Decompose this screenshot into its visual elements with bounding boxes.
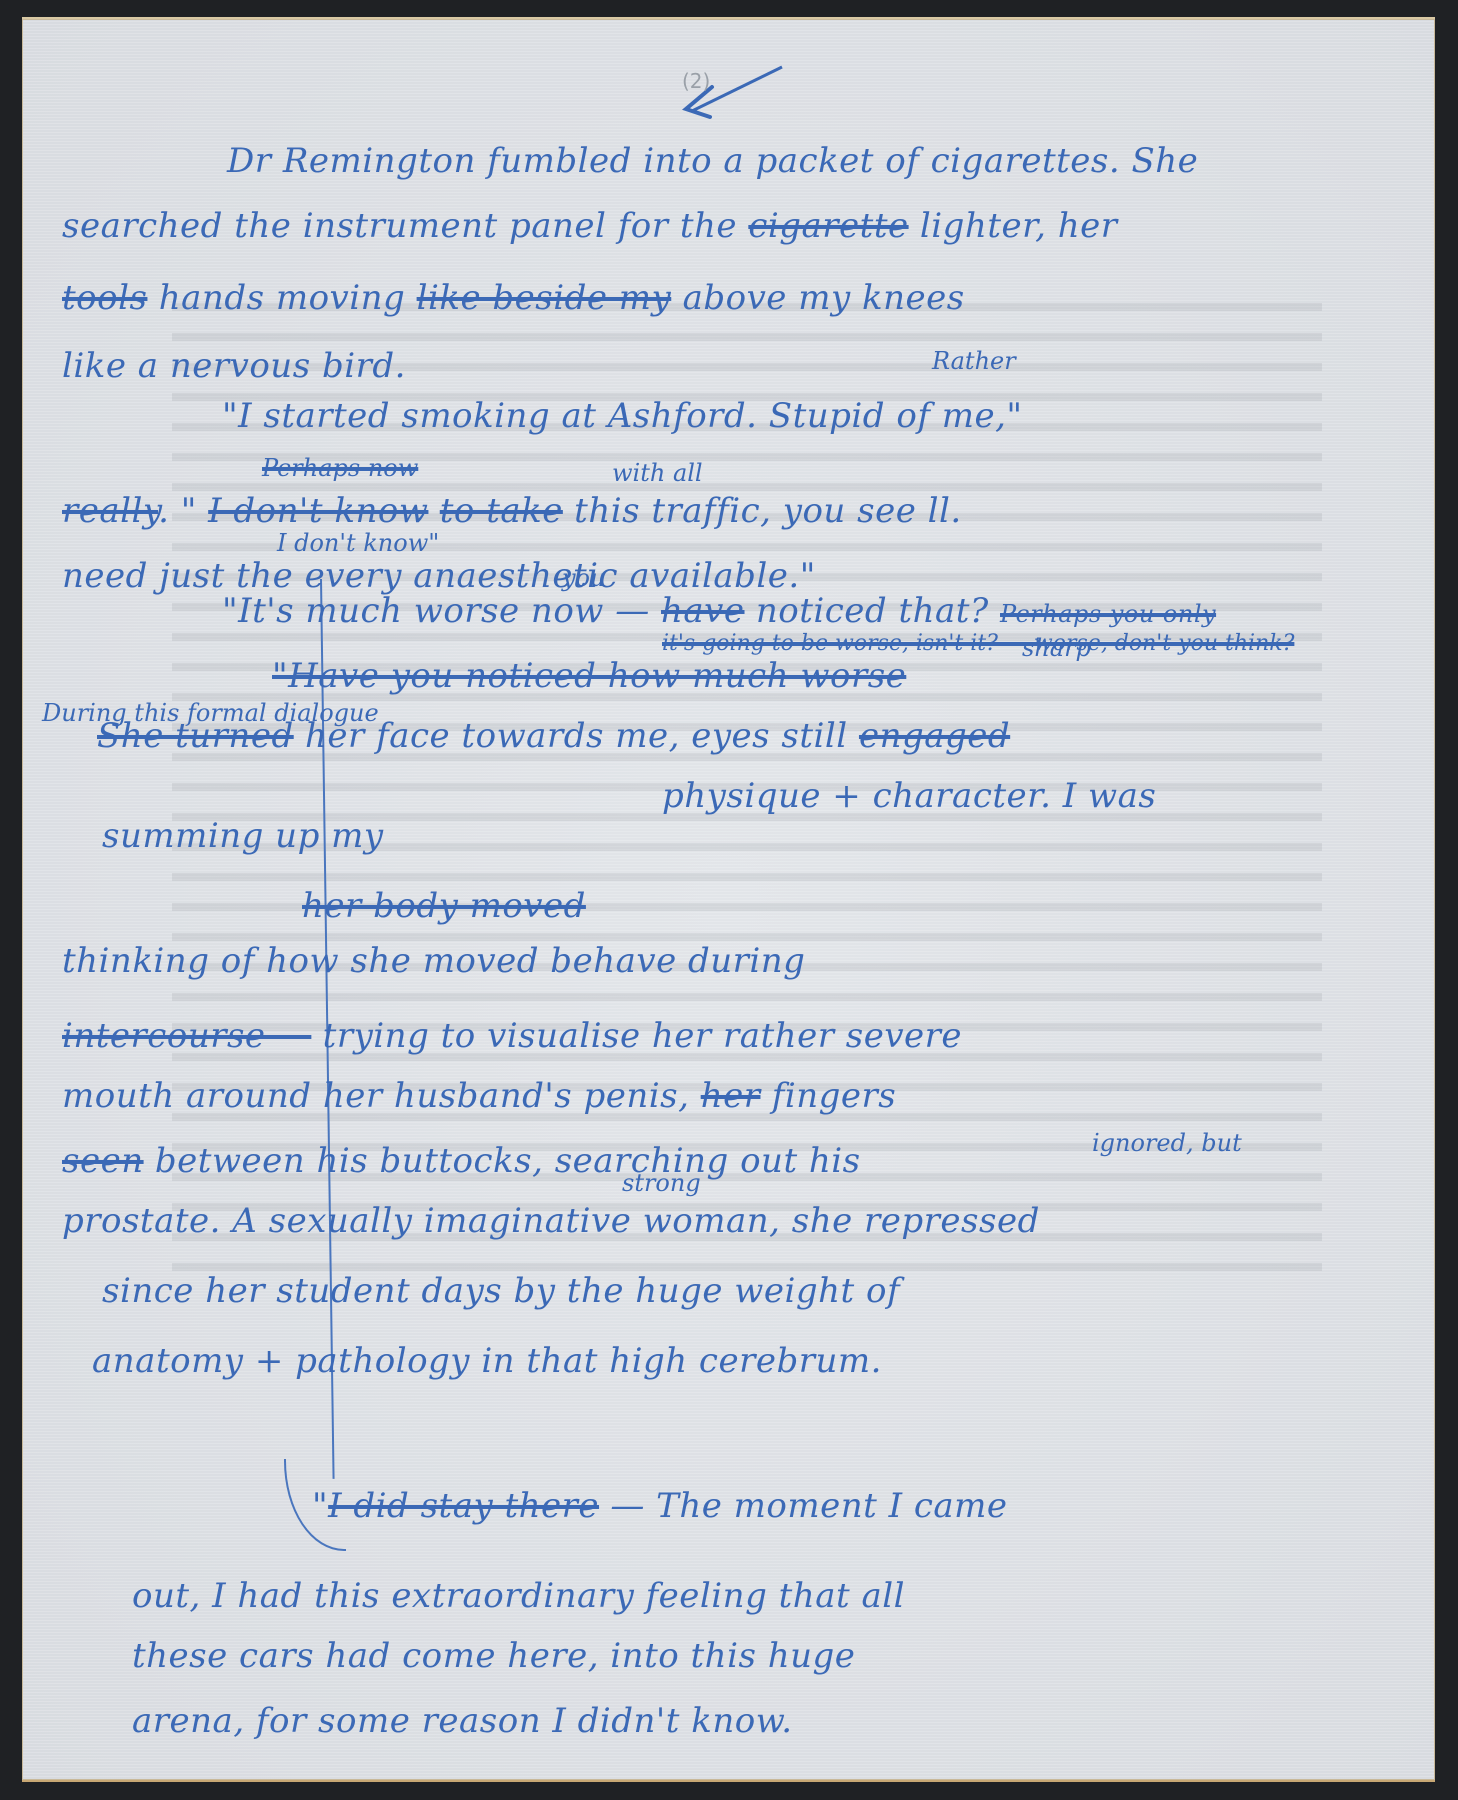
insertion: strong <box>622 1169 701 1197</box>
struck-insertion: Perhaps now <box>262 454 418 482</box>
text-span: need just the <box>62 556 293 596</box>
manuscript-line: searched the instrument panel for the ci… <box>62 209 1118 243</box>
struck-text: her body moved <box>302 886 586 926</box>
text-span: lighter, her <box>920 206 1118 246</box>
text-span: hands moving <box>159 278 406 318</box>
text-span: " <box>312 1486 328 1526</box>
manuscript-line: seen between his buttocks, searching out… <box>62 1144 861 1178</box>
struck-text: Perhaps you only <box>1000 600 1216 628</box>
struck-text: engaged <box>859 716 1010 756</box>
insertion: ignored, but <box>1092 1129 1242 1157</box>
manuscript-line: need just the every anaesthetic availabl… <box>62 559 816 593</box>
struck-text: like beside my <box>417 278 672 318</box>
insertion: with all <box>612 459 703 487</box>
manuscript-line: physique + character. I was <box>662 779 1156 813</box>
struck-text: intercourse — <box>62 1016 311 1056</box>
struck-text: She turned <box>97 716 294 756</box>
manuscript-line: since her student days by the huge weigh… <box>102 1274 900 1308</box>
manuscript-line: "I did stay there — The moment I came <box>312 1489 1008 1523</box>
manuscript-line: intercourse — trying to visualise her ra… <box>62 1019 962 1053</box>
insertion: you <box>562 564 605 592</box>
manuscript-line: She turned her face towards me, eyes sti… <box>97 719 1010 753</box>
manuscript-line: her body moved <box>302 889 586 923</box>
manuscript-line: prostate. A sexually imaginative woman, … <box>62 1204 1040 1238</box>
text-span: searched the instrument panel for the <box>62 206 737 246</box>
manuscript-line: tools hands moving like beside my above … <box>62 281 965 315</box>
struck-text: I did stay there <box>328 1486 599 1526</box>
manuscript-line: out, I had this extraordinary feeling th… <box>132 1579 905 1613</box>
text-span: her face towards me, eyes still <box>305 716 848 756</box>
text-span: mouth around her husband's penis, <box>62 1076 689 1116</box>
text-span: above my knees <box>683 278 965 318</box>
struck-text: really <box>62 491 158 531</box>
struck-line: "Have you noticed how much worse <box>272 659 906 693</box>
manuscript-line: arena, for some reason I didn't know. <box>132 1704 793 1738</box>
text-span: every anaesthetic available." <box>305 556 816 596</box>
manuscript-line: like a nervous bird. <box>62 349 406 383</box>
struck-text: cigarette <box>748 206 908 246</box>
text-span: — The moment I came <box>610 1486 1007 1526</box>
insertion: I don't know" <box>277 529 439 557</box>
manuscript-line: thinking of how she moved behave during <box>62 944 805 978</box>
manuscript-line: anatomy + pathology in that high cerebru… <box>92 1344 882 1378</box>
manuscript-line: really. " I don't know to take this traf… <box>62 494 962 528</box>
struck-text: to take <box>440 491 563 531</box>
struck-text: I don't know <box>208 491 428 531</box>
insertion: Rather <box>932 347 1016 375</box>
manuscript-line: summing up my <box>102 819 384 853</box>
manuscript-line: "It's much worse now — have noticed that… <box>222 594 1216 628</box>
text-span: noticed that? <box>756 591 989 631</box>
text-span: fingers <box>772 1076 896 1116</box>
manuscript-page: (2) Dr Remington fumbled into a packet o… <box>22 17 1435 1782</box>
manuscript-line: Dr Remington fumbled into a packet of ci… <box>227 144 1198 178</box>
text-span: this traffic, you see ll. <box>574 491 962 531</box>
struck-text: seen <box>62 1141 144 1181</box>
manuscript-line: mouth around her husband's penis, her fi… <box>62 1079 896 1113</box>
struck-text: have <box>661 591 745 631</box>
struck-text: tools <box>62 278 147 318</box>
insertion: sharp <box>1022 634 1091 662</box>
page-number: (2) <box>682 69 710 93</box>
text-span: between his buttocks, searching out his <box>155 1141 861 1181</box>
struck-insertion: it's going to be worse, isn't it? — wors… <box>662 631 1294 656</box>
text-span: . " <box>158 491 197 531</box>
manuscript-line: "I started smoking at Ashford. Stupid of… <box>222 399 1023 433</box>
text-span: "It's much worse now — <box>222 591 650 631</box>
struck-text: her <box>701 1076 761 1116</box>
manuscript-line: these cars had come here, into this huge <box>132 1639 855 1673</box>
text-span: trying to visualise her rather severe <box>323 1016 962 1056</box>
